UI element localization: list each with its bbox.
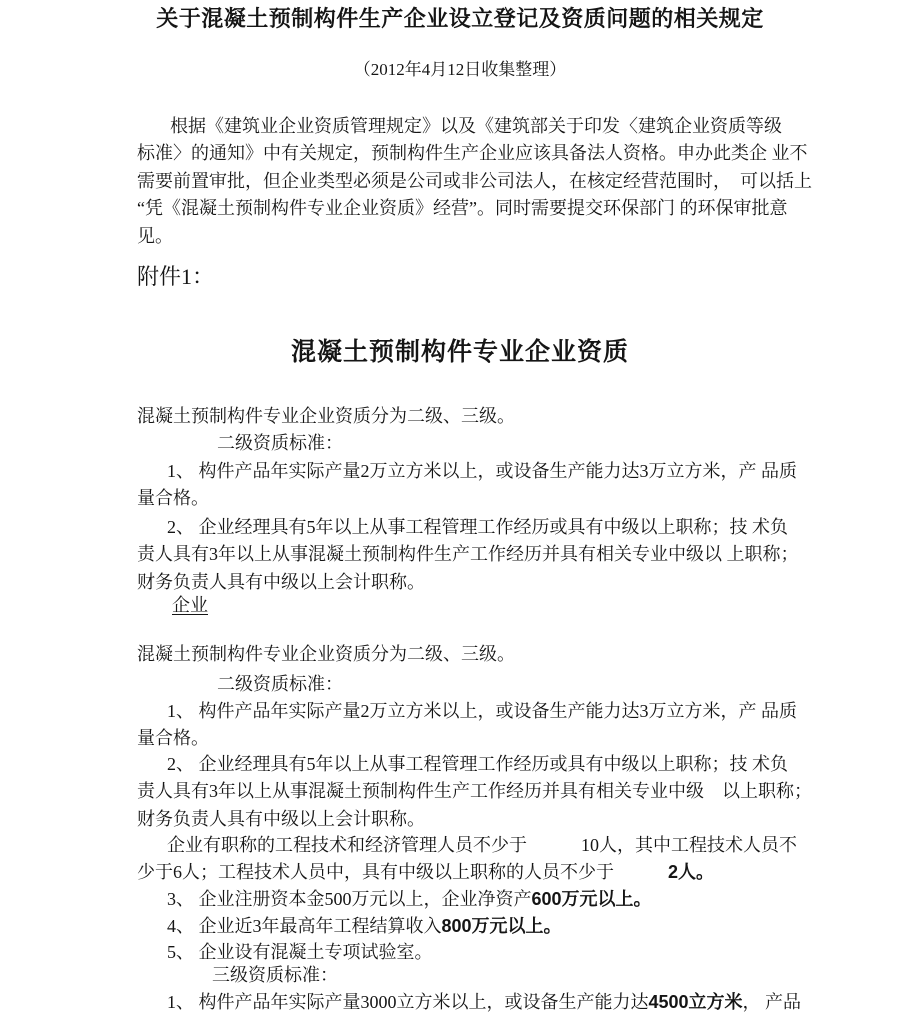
block2-grade2-subheading: 二级资质标准： — [137, 671, 837, 698]
item6-bold-value: 4500立方米 — [649, 992, 743, 1012]
block2-item-4: 4、 企业近3年最高年工程结算收入800万元以上。 — [137, 913, 837, 940]
block2-item-2: 2、 企业经理具有5年以上从事工程管理工作经历或具有中级以上职称；技 术负 责人… — [137, 751, 837, 833]
item4-text: 4、 企业近3年最高年工程结算收入 — [167, 916, 442, 936]
block1-enterprise-word: 企业 — [137, 592, 837, 619]
item6-text: 1、 构件产品年实际产量3000立方米以上，或设备生产能力达 — [167, 992, 649, 1012]
block2-lead-line: 混凝土预制构件专业企业资质分为二级、三级。 — [137, 641, 837, 668]
intro-paragraph: 根据《建筑业企业资质管理规定》以及《建筑部关于印发〈建筑企业资质等级 标准〉的通… — [137, 113, 837, 250]
document-page: 关于混凝土预制构件生产企业设立登记及资质问题的相关规定 （2012年4月12日收… — [0, 0, 920, 1017]
block2-item-1: 1、 构件产品年实际产量2万立方米以上，或设备生产能力达3万立方米，产 品质 量… — [137, 698, 837, 753]
underlined-enterprise: 企业 — [172, 595, 208, 615]
item4-bold-value: 800万元以上。 — [442, 916, 562, 936]
item6-tail-text: ， 产品 — [743, 992, 802, 1012]
block1-item-1: 1、 构件产品年实际产量2万立方米以上，或设备生产能力达3万立方米，产 品质 量… — [137, 458, 837, 513]
attachment-label: 附件1： — [137, 262, 214, 292]
document-title: 关于混凝土预制构件生产企业设立登记及资质问题的相关规定 — [0, 4, 920, 34]
block2-item-3: 3、 企业注册资本金500万元以上，企业净资产600万元以上。 — [137, 886, 837, 913]
block2-staffing-paragraph: 企业有职称的工程技术和经济管理人员不少于 10人，其中工程技术人员不 少于6人；… — [137, 832, 837, 887]
block2-item-6: 1、 构件产品年实际产量3000立方米以上，或设备生产能力达4500立方米， 产… — [137, 989, 837, 1016]
date-line: （2012年4月12日收集整理） — [0, 58, 920, 82]
block1-item-2: 2、 企业经理具有5年以上从事工程管理工作经历或具有中级以上职称；技 术负 责人… — [137, 514, 837, 596]
block1-lead-line: 混凝土预制构件专业企业资质分为二级、三级。 — [137, 403, 837, 430]
block2-grade3-subheading: 三级资质标准： — [137, 962, 837, 989]
qualification-heading: 混凝土预制构件专业企业资质 — [0, 336, 920, 370]
block1-grade2-subheading: 二级资质标准： — [137, 430, 837, 457]
staffing-bold-value: 2人。 — [668, 862, 714, 882]
item3-text: 3、 企业注册资本金500万元以上，企业净资产 — [167, 889, 532, 909]
item3-bold-value: 600万元以上。 — [532, 889, 652, 909]
